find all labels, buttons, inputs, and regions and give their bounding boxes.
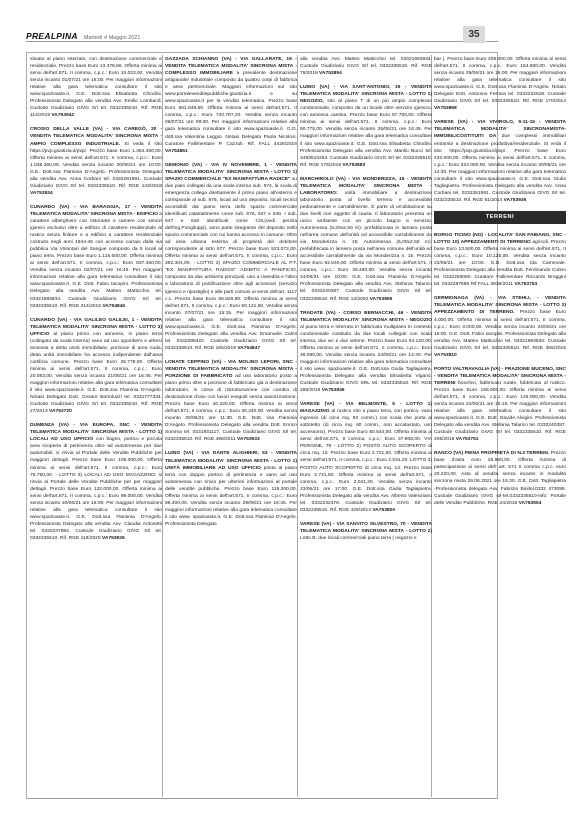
listing-heading: CUNARDO (VA) - VIA BARAGGIA, 17 - VENDIT… xyxy=(30,205,162,217)
auction-listing: TRADATE (VA) - CORSO BERNACCHI, 46 - VEN… xyxy=(300,310,432,395)
auction-listing: GAZZADA SCHIANNO (VA) - VIA GALLARATE, 1… xyxy=(165,56,297,155)
header-rule-right xyxy=(486,41,498,42)
auction-listing: CROSIO DELLA VALLE (VA) - VIA CAREGÒ, 20… xyxy=(30,126,162,196)
auction-listing: GEMONIO (VA) - VIA IV NOVEMBRE, 1 - VEND… xyxy=(165,162,297,352)
listing-body: al piano terra e interrato in fabbricato… xyxy=(300,325,432,393)
listing-heading: VARESE (VA) - VIA SANVITO SILVESTRO, 70 … xyxy=(300,522,432,534)
listing-body: a prevalente destinazione artigianale/ i… xyxy=(165,71,297,146)
auction-listing: CUNARDO (VA) - VIA BARAGGIA, 17 - VENDIT… xyxy=(30,204,162,310)
auction-listing: alla vendita Avv. Matteo Matticchio tel.… xyxy=(300,56,432,77)
auction-listing: BORGO TICINO (NO) - LOCALITA' SAN FABIAN… xyxy=(434,232,566,288)
listing-body: Si veda il sito https://pvp.giustizia.it… xyxy=(30,142,162,189)
listing-body: al rustico sito a piano terra, con porti… xyxy=(300,409,432,513)
auction-listing: CUNARDO (VA) - VIA GALILEO GALILEI, 1 - … xyxy=(30,317,162,416)
listing-body: bar ). Prezzo base Euro 206.000,00. Offe… xyxy=(434,57,566,104)
listing-body: a carattere alberghiero con ristorante e… xyxy=(30,212,162,309)
auction-listing: LUINO (VA) - VIA DANTE ALIGHIERI, 53 - V… xyxy=(165,450,297,528)
column-2: GAZZADA SCHIANNO (VA) - VIA GALLARATE, 1… xyxy=(165,56,297,535)
listing-body: posta al piano terra con doppio portico … xyxy=(165,466,297,527)
auction-listing: GERMIGNAGA (VA) - VIA STEHLI, - VENDITA … xyxy=(434,295,566,358)
auction-listing: bar ). Prezzo base Euro 206.000,00. Offe… xyxy=(434,56,566,112)
listing-body: sito al piano T di un più ampio compless… xyxy=(300,99,432,167)
listing-reference-code: VA753859 xyxy=(370,297,393,302)
listing-reference-code: VA754851 xyxy=(165,149,188,154)
column-divider xyxy=(162,55,163,797)
auction-listing: VARESE (VA) - VIA BELMONTE, 5 - LOTTO 1)… xyxy=(300,401,432,514)
auction-listing: RANCO (VA) PIENA PROPRIETÀ DI N.3 TERREN… xyxy=(434,450,566,506)
listing-heading: RANCO (VA) PIENA PROPRIETÀ DI N.3 TERREN… xyxy=(434,451,549,456)
listing-body: Lotto B: due locali commerciali piano te… xyxy=(300,536,417,541)
listing-heading: GEMONIO (VA) - VIA IV NOVEMBRE, 1 - VEND… xyxy=(165,163,297,182)
listing-reference-code: VA753926 xyxy=(102,536,125,541)
column-divider xyxy=(297,55,298,797)
listing-reference-code: VA753883 xyxy=(342,163,365,168)
listing-body: al piano primo con annesso, in piano ter… xyxy=(30,332,162,415)
column-1: situato al piano interrato, con destinaz… xyxy=(30,56,162,549)
listing-reference-code: VA753894 xyxy=(319,71,342,76)
listing-body: su due piani collegati da una scala inte… xyxy=(165,177,297,351)
listing-heading: TRADATE (VA) - CORSO BERNACCHI, 46 - VEN… xyxy=(300,311,432,323)
listing-reference-code: VA753800 xyxy=(372,508,395,513)
header-rule xyxy=(26,41,464,42)
publication-logo: PREALPINA xyxy=(26,31,78,41)
auction-listing: MARCHIROLO (VA) - VIA MONDERIZZA, 15 - V… xyxy=(300,176,432,303)
listing-body: Prezzo base Euro 4.000,00. Offerta minim… xyxy=(434,310,566,350)
listing-body: agricoli. Prezzo base Euro 13.500,00. Of… xyxy=(434,240,566,287)
listing-body: unità immobiliare a destinazione laborat… xyxy=(300,191,432,302)
column-3: alla vendita Avv. Matteo Matticchio tel.… xyxy=(300,56,432,549)
listing-reference-code: VA753942 xyxy=(51,113,74,118)
listing-body: ad uso laboratorio posto a piano primo o… xyxy=(165,374,297,442)
listing-reference-code: VA753753 xyxy=(515,282,538,287)
column-4: bar ). Prezzo base Euro 206.000,00. Offe… xyxy=(434,56,566,514)
listing-reference-code: VA753936 xyxy=(504,198,527,203)
listing-reference-code: VA753933 xyxy=(237,437,260,442)
auction-listing: DUMENZA (VA) - VIA EUROPA, SNC - VENDITA… xyxy=(30,422,162,542)
listing-body: due complessi immobiliari entrambi a des… xyxy=(434,134,566,202)
listing-reference-code: VA753898 xyxy=(434,106,457,111)
listing-reference-code: VA753934 xyxy=(30,191,53,196)
listing-body: Prezzo base d'asta euro 26.960,00. Offer… xyxy=(434,451,566,505)
auction-listing: LUINO (VA) - VIA SANT'ANTONIO, 19 - VEND… xyxy=(300,84,432,169)
listing-reference-code: VA753810 xyxy=(434,353,457,358)
listing-body: boschivi, fabbricato rurale, fabbricato … xyxy=(434,381,566,442)
auction-listing: PORTO VALTRAVAGLIA (VA) - FRAZIONE MUCEN… xyxy=(434,366,566,444)
listing-body: con bagno, portico e piccola area scoper… xyxy=(30,437,162,541)
auction-listing: VARESE (VA) - VIA VIVIROLO, 9-11-15 - VE… xyxy=(434,119,566,204)
listing-reference-code: VA753849 xyxy=(322,388,345,393)
auction-listing: VARESE (VA) - VIA SANVITO SILVESTRO, 70 … xyxy=(300,521,432,542)
auction-listing: situato al piano interrato, con destinaz… xyxy=(30,56,162,119)
auction-listing: LONATE CEPPINO (VA) - VIA MOLINO LEPORI,… xyxy=(165,359,297,444)
listing-reference-code: VA754847 xyxy=(237,346,260,351)
listing-reference-code: VA753904 xyxy=(519,501,542,506)
page-number: 35 xyxy=(463,26,485,43)
listing-reference-code: VA753751 xyxy=(456,437,479,442)
listing-body: situato al piano interrato, con destinaz… xyxy=(30,57,162,118)
section-header-terreni: TERRENI xyxy=(434,211,566,224)
listing-reference-code: VA753720 xyxy=(49,409,72,414)
listing-reference-code: VA754846 xyxy=(102,304,125,309)
